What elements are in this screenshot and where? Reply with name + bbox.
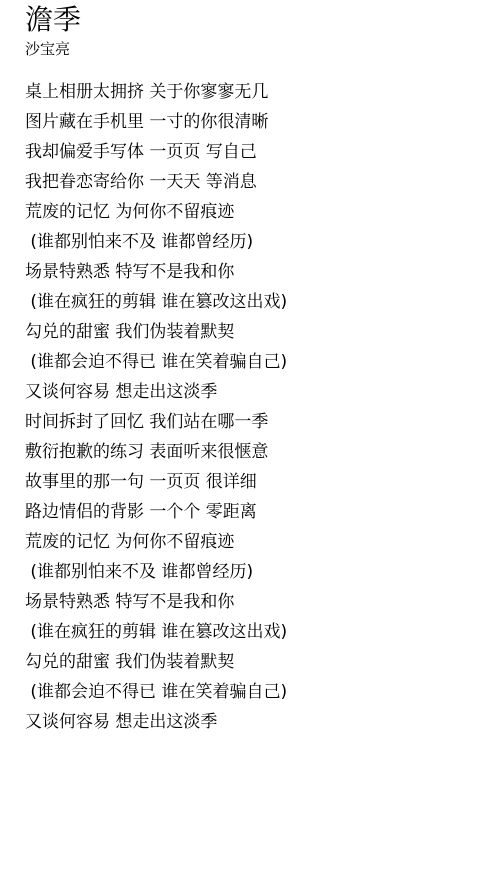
lyric-line: (谁都会迫不得已 谁在笑着骗自己) (25, 347, 480, 377)
lyric-line: 场景特熟悉 特写不是我和你 (25, 257, 480, 287)
lyric-line: (谁在疯狂的剪辑 谁在篡改这出戏) (25, 287, 480, 317)
lyric-line: 路边情侣的背影 一个个 零距离 (25, 497, 480, 527)
artist-name: 沙宝亮 (25, 38, 480, 60)
lyric-line: 又谈何容易 想走出这淡季 (25, 707, 480, 737)
lyric-line: (谁在疯狂的剪辑 谁在篡改这出戏) (25, 617, 480, 647)
lyric-line: 勾兑的甜蜜 我们伪装着默契 (25, 647, 480, 677)
lyric-line: 桌上相册太拥挤 关于你寥寥无几 (25, 77, 480, 107)
lyrics-page: 澹季 沙宝亮 桌上相册太拥挤 关于你寥寥无几 图片藏在手机里 一寸的你很清晰 我… (0, 0, 500, 880)
lyric-line: (谁都别怕来不及 谁都曾经历) (25, 557, 480, 587)
lyric-line: 时间拆封了回忆 我们站在哪一季 (25, 407, 480, 437)
lyric-line: 我把眷恋寄给你 一天天 等消息 (25, 167, 480, 197)
lyric-line: 荒废的记忆 为何你不留痕迹 (25, 527, 480, 557)
lyric-line: 我却偏爱手写体 一页页 写自己 (25, 137, 480, 167)
lyric-line: 场景特熟悉 特写不是我和你 (25, 587, 480, 617)
lyric-line: 荒废的记忆 为何你不留痕迹 (25, 197, 480, 227)
lyric-line: 又谈何容易 想走出这淡季 (25, 377, 480, 407)
lyric-line: (谁都会迫不得已 谁在笑着骗自己) (25, 677, 480, 707)
lyrics-block: 桌上相册太拥挤 关于你寥寥无几 图片藏在手机里 一寸的你很清晰 我却偏爱手写体 … (25, 77, 480, 737)
lyric-line: 敷衍抱歉的练习 表面听来很惬意 (25, 437, 480, 467)
lyric-line: 图片藏在手机里 一寸的你很清晰 (25, 107, 480, 137)
lyric-line: 勾兑的甜蜜 我们伪装着默契 (25, 317, 480, 347)
lyric-line: 故事里的那一句 一页页 很详细 (25, 467, 480, 497)
lyric-line: (谁都别怕来不及 谁都曾经历) (25, 227, 480, 257)
song-title: 澹季 (25, 2, 480, 38)
